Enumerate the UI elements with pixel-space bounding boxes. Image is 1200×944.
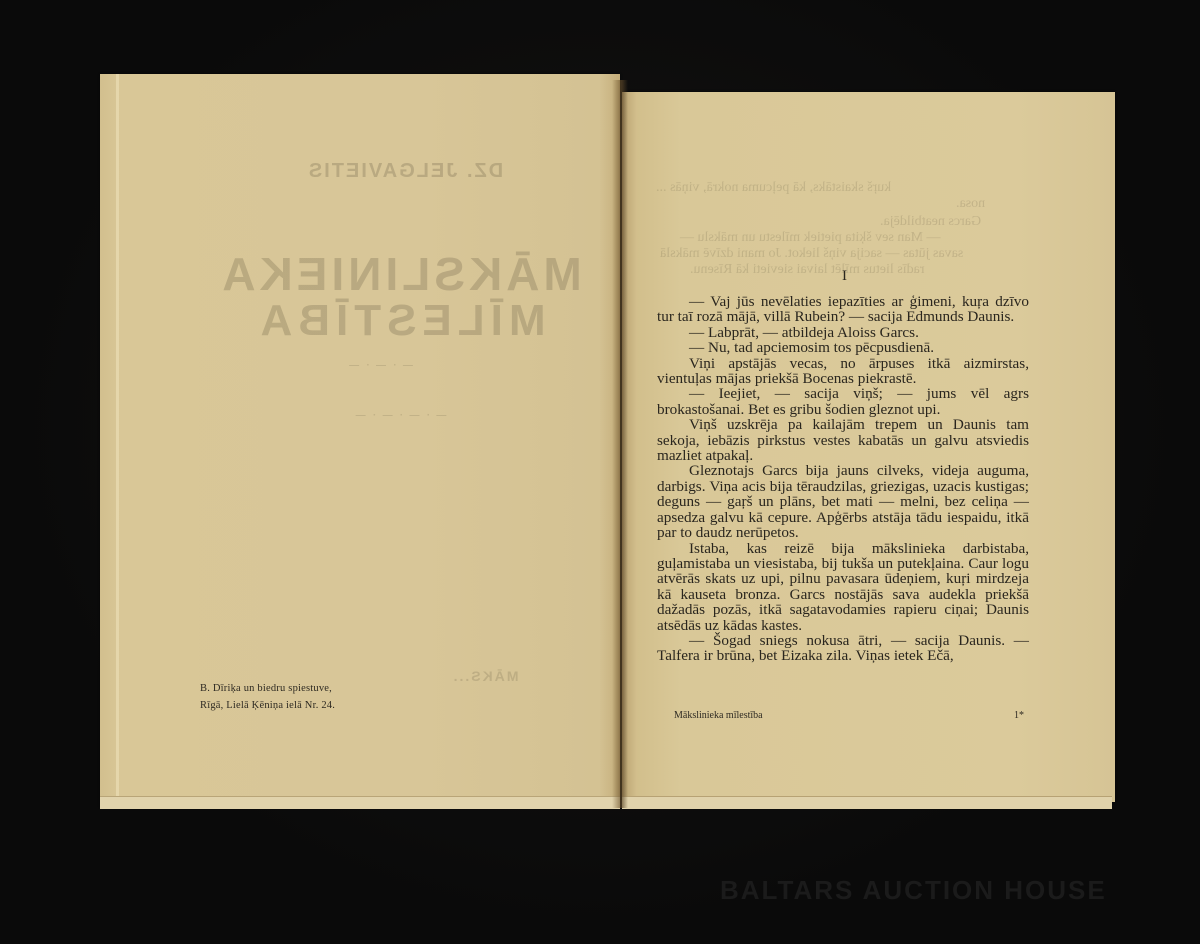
- right-page-edge: [622, 796, 1112, 809]
- left-page-edge: [100, 796, 620, 809]
- printer-imprint: B. Dīriķa un biedru spiestuve, Rīgā, Lie…: [200, 680, 335, 714]
- paragraph: — Ieejiet, — sacija viņš; — jums vēl agr…: [657, 386, 1029, 417]
- paragraph: Gleznotajs Garcs bija jauns cilveks, vid…: [657, 463, 1029, 540]
- chapter-body: — Vaj jūs nevēlaties iepazīties ar ģimen…: [657, 294, 1029, 664]
- paragraph: Viņi apstājās vecas, no ārpuses itkā aiz…: [657, 356, 1029, 387]
- show-through-line: — Man sev šķita pietiek mīlestu un māksl…: [680, 230, 941, 246]
- show-through-line: kuŗš skaistāks, kā peļcuma nokrā, viņās …: [656, 180, 891, 196]
- paragraph: — Šogad sniegs nokusa ātri, — sacija Dau…: [657, 633, 1029, 664]
- show-through-small-1: — · — · —: [330, 360, 430, 371]
- chapter-number: I: [842, 268, 847, 285]
- show-through-author: DZ. JELGAVIETIS: [290, 160, 520, 183]
- show-through-title-line1: MĀKSLINIEKA: [200, 247, 600, 301]
- running-title: Mākslinieka mīlestība: [674, 710, 763, 721]
- show-through-line: Garcs neatbildēja.: [880, 214, 981, 230]
- auction-house-watermark: BALTARS AUCTION HOUSE: [720, 875, 1107, 906]
- paragraph: — Vaj jūs nevēlaties iepazīties ar ģimen…: [657, 294, 1029, 325]
- show-through-title-line2: MĪLESTĪBA: [250, 296, 550, 346]
- show-through-line: radīs lietus mīlēt laivai sievieti kā Rī…: [690, 262, 924, 278]
- imprint-line-1: B. Dīriķa un biedru spiestuve,: [200, 680, 335, 697]
- show-through-line: savas jūtas — sacija viņš liekot. Jo man…: [660, 246, 963, 262]
- paragraph: — Labprāt, — atbildeja Aloiss Garcs.: [657, 325, 1029, 340]
- book-gutter: [612, 80, 628, 808]
- signature-mark: 1*: [1014, 710, 1024, 721]
- left-page: [100, 74, 620, 807]
- show-through-publisher: MĀKS...: [430, 668, 540, 684]
- imprint-line-2: Rīgā, Lielā Ķēniņa ielā Nr. 24.: [200, 697, 335, 714]
- page-footer: Mākslinieka mīlestība 1*: [674, 710, 1024, 721]
- show-through-small-2: — · — · — · —: [310, 410, 490, 421]
- show-through-line: nosa.: [956, 196, 985, 212]
- paragraph: Istaba, kas reizē bija mākslinieka darbi…: [657, 541, 1029, 633]
- paragraph: — Nu, tad apciemosim tos pēcpusdienā.: [657, 340, 1029, 355]
- paragraph: Viņš uzskrēja pa kailajām trepem un Daun…: [657, 417, 1029, 463]
